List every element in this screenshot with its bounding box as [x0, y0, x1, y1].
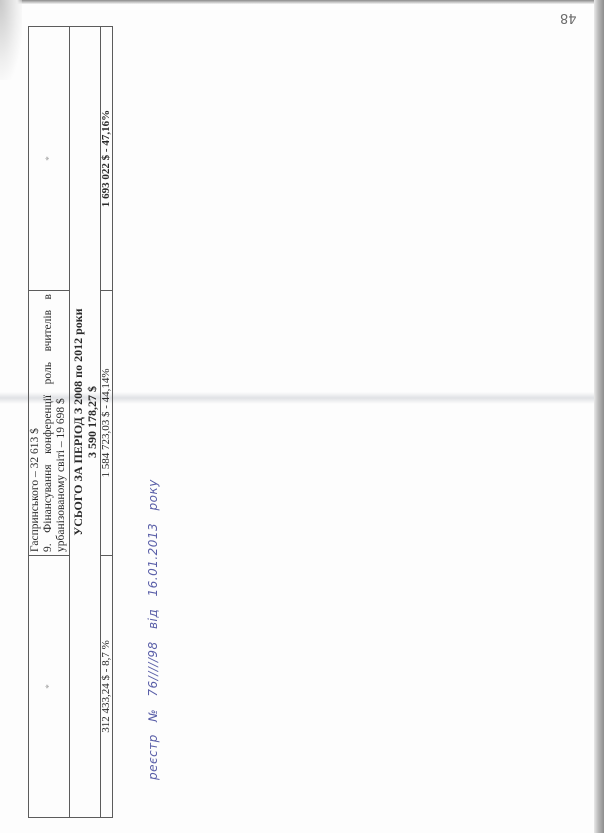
- handwritten-registry-note: реєстр № 76/////98 від 16.01.2013 року: [146, 479, 160, 780]
- total-amount: 3 590 178,27 $: [85, 30, 99, 814]
- item-line-3: урбанізованому світі – 19 698 $: [55, 294, 68, 552]
- percentage-cell-2: 1 584 723,03 $ - 44,14%: [101, 291, 113, 556]
- asterisk-marker: *: [43, 30, 56, 287]
- page-number: 48: [560, 10, 577, 25]
- rotated-page-content: * Гаспринського – 32 613 $ 9. Фінансуван…: [28, 27, 188, 818]
- table-row-total: УСЬОГО ЗА ПЕРІОД З 2008 по 2012 роки 3 5…: [70, 27, 101, 818]
- table-cell-items: Гаспринського – 32 613 $ 9. Фінансування…: [29, 291, 70, 556]
- asterisk-marker: *: [43, 559, 56, 814]
- table-cell-left: *: [29, 556, 70, 818]
- scan-top-shadow: [0, 0, 604, 4]
- table-row-items: * Гаспринського – 32 613 $ 9. Фінансуван…: [29, 27, 70, 818]
- page-corner-curl: [0, 0, 22, 80]
- total-label: УСЬОГО ЗА ПЕРІОД З 2008 по 2012 роки: [71, 30, 85, 814]
- scan-right-edge: [594, 0, 604, 833]
- budget-summary-table: * Гаспринського – 32 613 $ 9. Фінансуван…: [28, 26, 113, 818]
- table-cell-right: *: [29, 27, 70, 291]
- item-line-1: Гаспринського – 32 613 $: [29, 294, 42, 552]
- total-cell: УСЬОГО ЗА ПЕРІОД З 2008 по 2012 роки 3 5…: [70, 27, 101, 818]
- percentage-cell-1: 312 433,24 $ - 8,7 %: [101, 556, 113, 818]
- table-row-percentages: 312 433,24 $ - 8,7 % 1 584 723,03 $ - 44…: [101, 27, 113, 818]
- item-line-2: 9. Фінансування конференції роль вчителі…: [42, 294, 55, 552]
- percentage-cell-3: 1 693 022 $ - 47,16%: [101, 27, 113, 291]
